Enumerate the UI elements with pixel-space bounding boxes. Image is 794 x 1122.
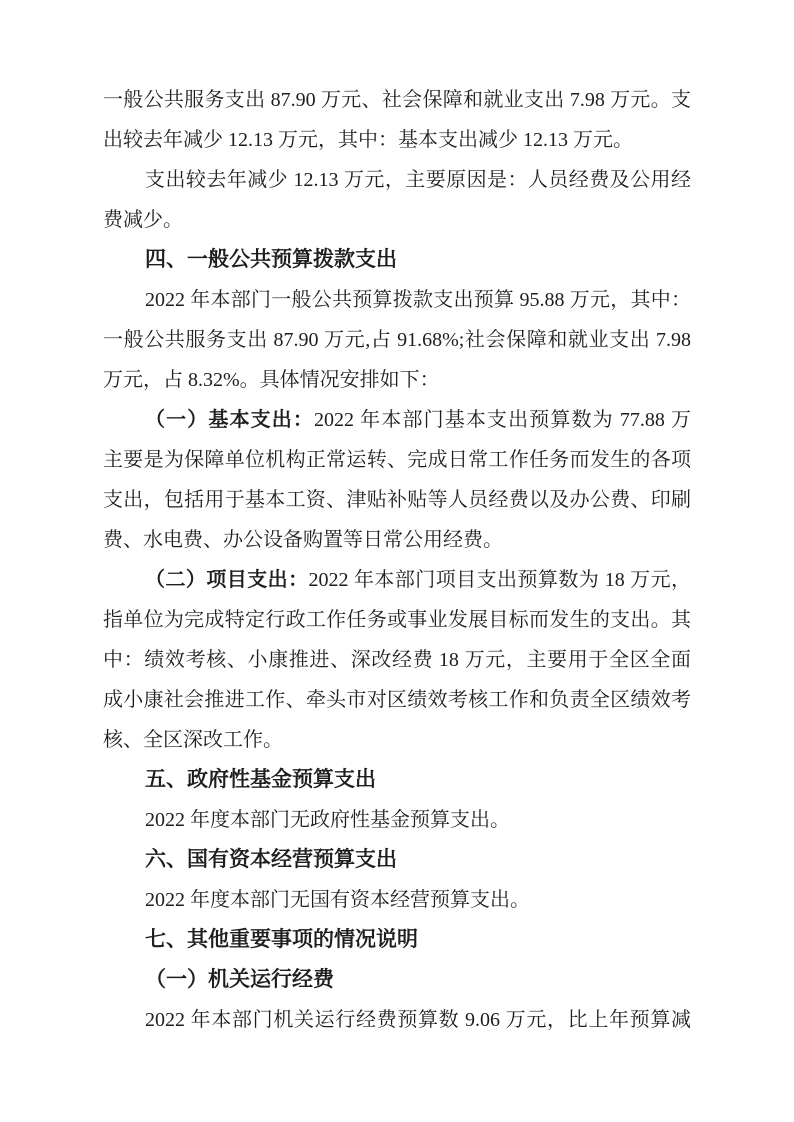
bold-run-basic-expenditure-label: （一）基本支出： [145,409,314,431]
para-basic-expenditure-line-4: 费、水电费、办公设备购置等日常公用经费。 [103,520,691,560]
para-budget-allocation-line-1: 2022 年本部门一般公共预算拨款支出预算 95.88 万元，其中： [103,280,691,320]
para-expense-summary-line-2: 出较去年减少 12.13 万元，其中：基本支出减少 12.13 万元。 [103,120,691,160]
heading-section-4: 四、一般公共预算拨款支出 [103,240,691,280]
para-project-expenditure-line-1: （二）项目支出：2022 年本部门项目支出预算数为 18 万元，是 [103,560,691,600]
document-page: 一般公共服务支出 87.90 万元、社会保障和就业支出 7.98 万元。支 出较… [0,0,794,1122]
para-decrease-reason-line-2: 费减少。 [103,200,691,240]
heading-section-6: 六、国有资本经营预算支出 [103,840,691,880]
para-project-expenditure-line-5: 核、全区深改工作。 [103,720,691,760]
heading-agency-operating-cost: （一）机关运行经费 [103,960,691,1000]
para-expense-summary-line-1: 一般公共服务支出 87.90 万元、社会保障和就业支出 7.98 万元。支 [103,80,691,120]
para-basic-expenditure-line-1: （一）基本支出：2022 年本部门基本支出预算数为 77.88 万元， [103,400,691,440]
para-project-expenditure-line-4: 成小康社会推进工作、牵头市对区绩效考核工作和负责全区绩效考 [103,680,691,720]
para-decrease-reason-line-1: 支出较去年减少 12.13 万元，主要原因是：人员经费及公用经 [103,160,691,200]
para-no-state-capital-budget: 2022 年度本部门无国有资本经营预算支出。 [103,880,691,920]
para-basic-expenditure-line-2: 主要是为保障单位机构正常运转、完成日常工作任务而发生的各项 [103,440,691,480]
bold-run-project-expenditure-label: （二）项目支出： [145,569,309,591]
heading-section-5: 五、政府性基金预算支出 [103,760,691,800]
para-budget-allocation-line-2: 一般公共服务支出 87.90 万元,占 91.68%;社会保障和就业支出 7.9… [103,320,691,360]
heading-section-7: 七、其他重要事项的情况说明 [103,920,691,960]
para-basic-expenditure-line-3: 支出，包括用于基本工资、津贴补贴等人员经费以及办公费、印刷 [103,480,691,520]
para-project-expenditure-line-2: 指单位为完成特定行政工作任务或事业发展目标而发生的支出。其 [103,600,691,640]
para-no-govfund-budget: 2022 年度本部门无政府性基金预算支出。 [103,800,691,840]
para-project-expenditure-line-3: 中：绩效考核、小康推进、深改经费 18 万元，主要用于全区全面建 [103,640,691,680]
para-budget-allocation-line-3: 万元，占 8.32%。具体情况安排如下： [103,360,691,400]
para-agency-operating-cost-line-1: 2022 年本部门机关运行经费预算数 9.06 万元，比上年预算减少 [103,1000,691,1040]
